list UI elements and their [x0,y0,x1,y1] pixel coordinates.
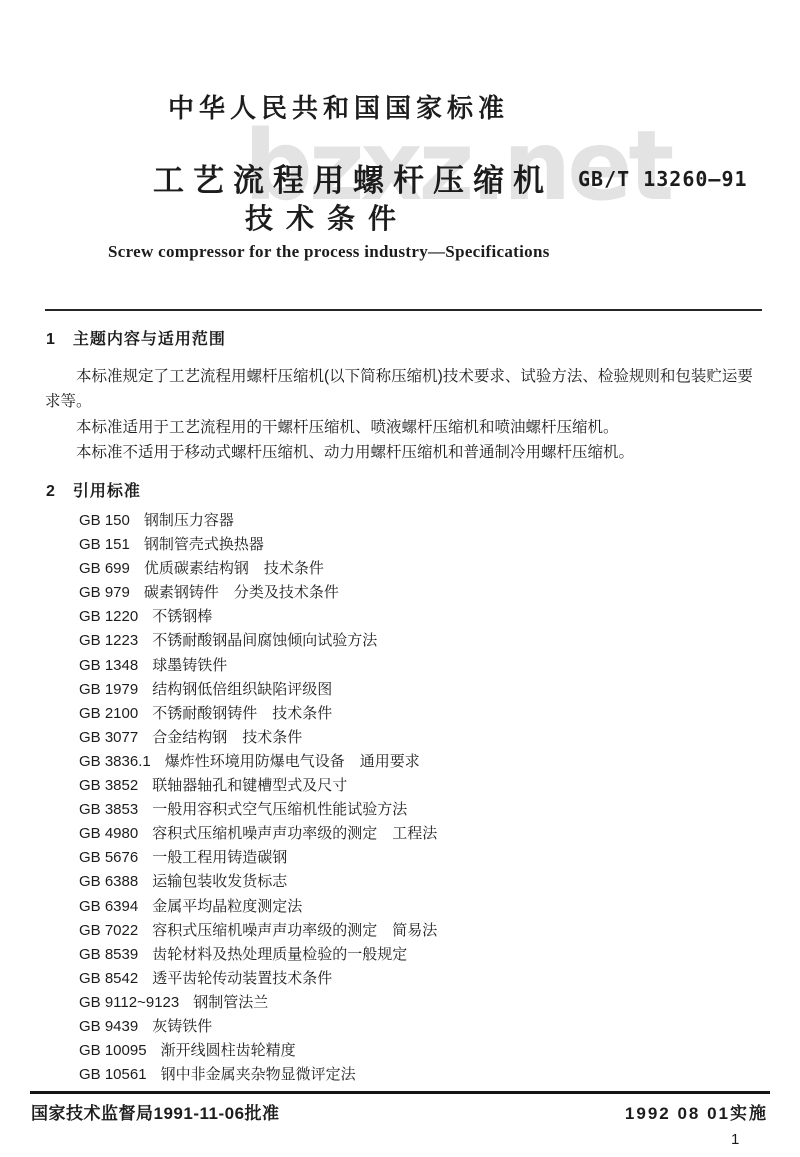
reference-item: GB 4980容积式压缩机噪声声功率级的测定 工程法 [79,822,769,846]
reference-title: 运输包装收发货标志 [152,873,287,890]
reference-title: 不锈耐酸钢晶间腐蚀倾向试验方法 [152,632,377,649]
reference-code: GB 699 [79,560,130,577]
reference-item: GB 151钢制管壳式换热器 [79,533,769,557]
section1-heading: 1 主题内容与适用范围 [46,326,226,349]
reference-item: GB 1220不锈钢棒 [79,605,769,629]
reference-item: GB 1979结构钢低倍组织缺陷评级图 [79,678,769,702]
reference-item: GB 3836.1爆炸性环境用防爆电气设备 通用要求 [79,750,769,774]
section2-heading: 2 引用标准 [46,478,141,501]
reference-code: GB 150 [79,512,130,529]
page-number: 1 [731,1131,739,1148]
reference-code: GB 1348 [79,657,138,674]
standard-title-cn-line2: 技术条件 [245,197,409,237]
reference-item: GB 3077合金结构钢 技术条件 [79,726,769,750]
reference-code: GB 6394 [79,898,138,915]
reference-standards-list: GB 150钢制压力容器 GB 151钢制管壳式换热器 GB 699优质碳素结构… [79,509,769,1087]
reference-code: GB 6388 [79,873,138,890]
reference-item: GB 1223不锈耐酸钢晶间腐蚀倾向试验方法 [79,629,769,653]
reference-title: 优质碳素结构钢 技术条件 [144,560,324,577]
reference-code: GB 9112~9123 [79,994,179,1011]
reference-code: GB 10561 [79,1066,147,1083]
reference-title: 合金结构钢 技术条件 [152,729,302,746]
reference-title: 钢制压力容器 [144,512,234,529]
reference-code: GB 979 [79,584,130,601]
reference-item: GB 6394金属平均晶粒度测定法 [79,895,769,919]
reference-title: 碳素钢铸件 分类及技术条件 [144,584,339,601]
reference-code: GB 1220 [79,608,138,625]
reference-title: 灰铸铁件 [152,1018,212,1035]
reference-title: 齿轮材料及热处理质量检验的一般规定 [152,946,407,963]
reference-title: 金属平均晶粒度测定法 [152,898,302,915]
reference-code: GB 3853 [79,801,138,818]
implementation-note: 1992 08 01实施 [625,1099,768,1124]
reference-title: 爆炸性环境用防爆电气设备 通用要求 [165,753,420,770]
reference-code: GB 5676 [79,849,138,866]
section1-body: 本标准规定了工艺流程用螺杆压缩机(以下简称压缩机)技术要求、试验方法、检验规则和… [45,364,761,465]
reference-item: GB 7022容积式压缩机噪声声功率级的测定 简易法 [79,919,769,943]
reference-item: GB 8539齿轮材料及热处理质量检验的一般规定 [79,943,769,967]
reference-title: 渐开线圆柱齿轮精度 [161,1042,296,1059]
reference-title: 钢中非金属夹杂物显微评定法 [161,1066,356,1083]
body-paragraph: 本标准不适用于移动式螺杆压缩机、动力用螺杆压缩机和普通制冷用螺杆压缩机。 [45,440,761,465]
reference-code: GB 9439 [79,1018,138,1035]
reference-title: 联轴器轴孔和键槽型式及尺寸 [152,777,347,794]
reference-item: GB 979碳素钢铸件 分类及技术条件 [79,581,769,605]
reference-title: 透平齿轮传动装置技术条件 [152,970,332,987]
reference-code: GB 151 [79,536,130,553]
reference-code: GB 4980 [79,825,138,842]
reference-item: GB 5676一般工程用铸造碳钢 [79,846,769,870]
reference-item: GB 2100不锈耐酸钢铸件 技术条件 [79,702,769,726]
reference-item: GB 8542透平齿轮传动装置技术条件 [79,967,769,991]
reference-title: 钢制管法兰 [193,994,268,1011]
reference-item: GB 699优质碳素结构钢 技术条件 [79,557,769,581]
reference-item: GB 150钢制压力容器 [79,509,769,533]
reference-code: GB 1223 [79,632,138,649]
reference-code: GB 7022 [79,922,138,939]
reference-title: 不锈耐酸钢铸件 技术条件 [152,705,332,722]
reference-title: 一般工程用铸造碳钢 [152,849,287,866]
reference-title: 钢制管壳式换热器 [144,536,264,553]
reference-item: GB 3852联轴器轴孔和键槽型式及尺寸 [79,774,769,798]
reference-code: GB 8542 [79,970,138,987]
reference-title: 不锈钢棒 [152,608,212,625]
reference-code: GB 3852 [79,777,138,794]
reference-code: GB 1979 [79,681,138,698]
reference-item: GB 6388运输包装收发货标志 [79,870,769,894]
standard-number: GB/T 13260—91 [578,167,748,191]
reference-code: GB 3836.1 [79,753,151,770]
reference-code: GB 2100 [79,705,138,722]
reference-item: GB 10561钢中非金属夹杂物显微评定法 [79,1063,769,1087]
reference-code: GB 10095 [79,1042,147,1059]
reference-title: 结构钢低倍组织缺陷评级图 [152,681,332,698]
standard-jurisdiction-title: 中华人民共和国国家标准 [168,88,509,125]
standard-title-en: Screw compressor for the process industr… [108,242,550,262]
reference-item: GB 9439灰铸铁件 [79,1015,769,1039]
reference-title: 球墨铸铁件 [152,657,227,674]
reference-title: 容积式压缩机噪声声功率级的测定 工程法 [152,825,437,842]
reference-title: 容积式压缩机噪声声功率级的测定 简易法 [152,922,437,939]
approval-note: 国家技术监督局1991-11-06批准 [31,1099,280,1124]
reference-item: GB 10095渐开线圆柱齿轮精度 [79,1039,769,1063]
standard-title-cn-line1: 工艺流程用螺杆压缩机 [153,155,553,200]
reference-item: GB 3853一般用容积式空气压缩机性能试验方法 [79,798,769,822]
reference-code: GB 8539 [79,946,138,963]
footer-divider-line [30,1091,770,1094]
reference-item: GB 9112~9123钢制管法兰 [79,991,769,1015]
reference-code: GB 3077 [79,729,138,746]
reference-title: 一般用容积式空气压缩机性能试验方法 [152,801,407,818]
header-divider-line [45,309,762,311]
body-paragraph: 本标准规定了工艺流程用螺杆压缩机(以下简称压缩机)技术要求、试验方法、检验规则和… [45,364,761,415]
body-paragraph: 本标准适用于工艺流程用的干螺杆压缩机、喷液螺杆压缩机和喷油螺杆压缩机。 [45,415,761,440]
document-page: bzxz.net 中华人民共和国国家标准 工艺流程用螺杆压缩机 GB/T 132… [0,0,800,1157]
reference-item: GB 1348球墨铸铁件 [79,654,769,678]
